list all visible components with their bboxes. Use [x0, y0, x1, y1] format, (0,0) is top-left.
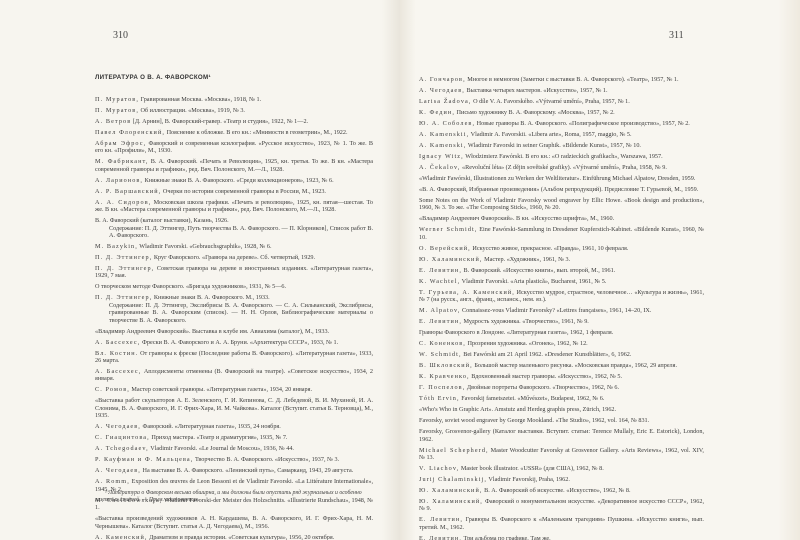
entry-author: V. Liachov, [419, 465, 459, 472]
bibliography-entry: M. Bazykin, Wladimir Favorski. «Gebrauch… [95, 243, 373, 250]
entry-text: O díle V. A. Favorského. «Výtvarné umění… [472, 98, 630, 105]
entry-text: «В. А. Фаворский, Избранные произведения… [419, 186, 698, 193]
bibliography-entry: А. Чегодаев, На выставке В. А. Фаворског… [95, 467, 373, 474]
bibliography-entry: С. Коненков, Прозрения художника. «Огоне… [419, 340, 704, 347]
entry-author: A. Kamenskii, [419, 131, 469, 138]
bibliography-entry: A. Tchegodaev, Vladimir Favorski. «Le Jo… [95, 445, 373, 452]
bibliography-entry: А. Гончаров, Многое в немногом (Заметки … [419, 76, 704, 83]
bibliography-entry: M. Alpatov, Connaissez-vous Vladimir Fav… [419, 307, 704, 314]
entry-text: Vladimir A. Favorskii. «Libera arte», Ro… [469, 131, 631, 138]
entry-text: Выставка четырех мастеров. «Искусство», … [465, 87, 608, 94]
entry-author: П. Д. Эттингер, [95, 294, 152, 301]
entry-text: «Владимир Андреевич Фаворский». В кн. «И… [419, 215, 614, 222]
entry-text: Творчество В. А. Фаворского. «Искусство»… [193, 456, 339, 463]
entry-contents: Содержание: П. Д. Эттингер, Экслибрисы В… [95, 302, 373, 324]
entry-author: A. Čekalov, [419, 164, 460, 171]
entry-text: Искусство живое, прекрасное. «Правда», 1… [471, 245, 629, 252]
bibliography-entry: Е. Левитин, Гравюры В. Фаворского к «Мал… [419, 516, 704, 531]
entry-text: «Выставка работ скульпторов А. Е. Зеленс… [95, 397, 373, 419]
bibliography-entry: В. А. Фаворский (каталог выставки), Каза… [95, 217, 373, 239]
entry-text: Wladimir Favorski in seiner Graphik. «Bi… [466, 142, 641, 149]
entry-author: Ю. Халаминский, [419, 498, 483, 505]
bibliography-entry: Ю. Халаминский, В. А. Фаворский об искус… [419, 487, 704, 494]
entry-text: Книжные знаки В. А. Фаворского. М., 1933… [152, 294, 269, 301]
entry-text: Приход мастера. «Театр и драматургия», 1… [150, 434, 288, 441]
entry-text: Мудрость художника. «Творчество», 1961, … [462, 318, 589, 325]
entry-text: Włodzimierz Fawórski. В его кн.: «O radz… [464, 153, 663, 160]
bibliography-entry: Р. Кауфман и Ф. Мальцева, Творчество В. … [95, 456, 373, 463]
bibliography-entry: С. Гиацинтова, Приход мастера. «Театр и … [95, 434, 373, 441]
entry-text: Вдохновенный мастер гравюры. «Искусство»… [470, 373, 622, 380]
entry-author: П. Д. Эттингер, [95, 254, 152, 261]
bibliography-entry: Larisa Žadova, O díle V. A. Favorského. … [419, 98, 704, 105]
bibliography-entry: Г. Поспелов, Двойные портреты Фаворского… [419, 384, 704, 391]
bibliography-entry: «Wladimir Fawórski, Illustrationen zu We… [419, 175, 704, 182]
bibliography-entry: К. Кравченко, Вдохновенный мастер гравюр… [419, 373, 704, 380]
bibliography-entry: Павел Флоренский, Пояснение к обложке. В… [95, 129, 373, 136]
bibliography-entry: Michael Schepherd, Master Woodcutter Fav… [419, 447, 704, 462]
bibliography-entry: Ignacy Witz, Włodzimierz Fawórski. В его… [419, 153, 704, 160]
entry-text: Книжные знаки В. А. Фаворского. «Среди к… [143, 177, 334, 184]
bibliography-entry: «Выставка произведений художников А. Н. … [95, 515, 373, 530]
entry-author: Tóth Ervin, [419, 395, 460, 402]
entry-text: Vladimir Favorskij, Praha, 1962. [487, 476, 570, 483]
entry-author: А. Чегодаев, [419, 87, 465, 94]
entry-text: [Д. Арнин], В. Фаворский-гравер. «Театр … [131, 118, 308, 125]
entry-author: А. Ветров [95, 118, 131, 125]
entry-text: Три альбома по графике. Там же. [462, 535, 551, 540]
bibliography-entry: С. Ромов, Мастер советской гравюры. «Лит… [95, 386, 373, 393]
entry-author: A. Romm, [95, 478, 130, 485]
entry-text: Vladimir Favorski. «Arta plastică», Buch… [460, 278, 606, 285]
entry-text: «Who's Who in Graphic Art». Amstutz and … [419, 406, 616, 413]
bibliography-entry: А. Ветров [Д. Арнин], В. Фаворский-граве… [95, 118, 373, 125]
entry-text: Гравированная Москва. «Москва», 1918, № … [139, 96, 261, 103]
bibliography-entry: W. Schmidt, Bei Fawórski am 21 April 196… [419, 351, 704, 358]
bibliography-entry: Favorsky, soviet wood engraver by George… [419, 417, 704, 424]
bibliography-entry: «В. А. Фаворский, Избранные произведения… [419, 186, 704, 193]
entry-text: В. А. Фаворский об искусстве. «Искусство… [483, 487, 631, 494]
entry-author: А. Р. Варшавский, [95, 188, 161, 195]
entry-author: A. Tchegodaev, [95, 445, 149, 452]
entry-text: «Revoluční léta» (Z dějin sovětské grafi… [460, 164, 666, 171]
entry-text: Мастер советской гравюры. «Литературная … [130, 386, 312, 393]
entry-author: M. Bazykin, [95, 243, 138, 250]
bibliography-entry: «Выставка работ скульпторов А. Е. Зеленс… [95, 397, 373, 419]
page-number-left: 310 [113, 30, 128, 41]
entry-text: Bei Fawórski am 21 April 1962. «Dresdene… [462, 351, 632, 358]
bibliography-entry: П. Д. Эттингер, Круг Фаворского. «Гравюр… [95, 254, 373, 261]
entry-author: М. Фабрикант, [95, 158, 149, 165]
bibliography-entry: П. Муратов, Об иллюстрации. «Москва», 19… [95, 107, 373, 114]
bibliography-entry: Favorsky, Grosvenor-gallery (Каталог выс… [419, 428, 704, 443]
entry-text: «Выставка произведений художников А. Н. … [95, 515, 373, 529]
entry-author: Michael Schepherd, [419, 447, 489, 454]
bibliography-entry: Ю. Халаминский, Мастер. «Художник», 1961… [419, 256, 704, 263]
entry-text: Some Notes on the Work of Vladimir Favor… [419, 197, 704, 211]
entry-author: С. Гиацинтова, [95, 434, 150, 441]
entry-text: Многое в немногом (Заметки с выставки В.… [466, 76, 679, 83]
entry-author: А. Чегодаев, [95, 423, 141, 430]
entry-author: Ю. Халаминский, [419, 487, 483, 494]
bibliography-entry: Гравюры Фаворского в Лондоне. «Литератур… [419, 329, 704, 336]
entry-author: А. Ларионов, [95, 177, 143, 184]
bibliography-entry: К. Федин, Письмо художнику В. А. Фаворск… [419, 109, 704, 116]
bibliography-entry: Werner Schmidt, Eine Fawórski-Sammlung i… [419, 226, 704, 241]
entry-text: О творческом методе Фаворского. «Бригада… [95, 283, 286, 290]
entry-contents: Содержание: П. Д. Эттингер, Путь творчес… [95, 225, 373, 240]
entry-text: Круг Фаворского. «Гравюра на дереве». Сб… [152, 254, 315, 261]
entry-text: Favorsky, Grosvenor-gallery (Каталог выс… [419, 428, 704, 442]
left-page: 310 ЛИТЕРАТУРА О В. А. ФАВОРСКОМ¹ П. Мур… [0, 0, 400, 540]
entry-author: П. Муратов, [95, 96, 139, 103]
bibliography-entry: Абрам Эфрос, Фаворский и современная кси… [95, 140, 373, 155]
entry-author: A. Kamenski, [419, 142, 466, 149]
entry-text: Connaissez-vous Vladimir Favorsky? «Lett… [460, 307, 651, 314]
bibliography-entry: А. Каменский, Драматизм и правда истории… [95, 534, 373, 540]
entry-text: На выставке В. А. Фаворского. «Ленинский… [141, 467, 353, 474]
bibliography-list-left: П. Муратов, Гравированная Москва. «Москв… [95, 96, 373, 540]
entry-author: Г. Поспелов, [419, 384, 465, 391]
gutter-shadow-left [382, 0, 400, 540]
entry-text: Фаворский. «Литературная газета», 1935, … [141, 423, 281, 430]
bibliography-entry: А. Чегодаев, Выставка четырех мастеров. … [419, 87, 704, 94]
bibliography-entry: Jurij Chalaminskij, Vladimir Favorskij, … [419, 476, 704, 483]
bibliography-entry: Т. Гурьева, А. Каменский, Искусство мудр… [419, 289, 704, 304]
bibliography-entry: П. Муратов, Гравированная Москва. «Москв… [95, 96, 373, 103]
entry-author: А. Бассехес, [95, 368, 141, 375]
entry-author: Е. Левитин, [419, 535, 462, 540]
entry-text: Favorskij fametszetei. «Művészet», Budap… [460, 395, 605, 402]
entry-text: Фрески В. А. Фаворского и А. А. Бруни. «… [140, 339, 338, 346]
entry-text: Vladimir Favorski. «Le Journal de Moscou… [149, 445, 294, 452]
entry-author: К. Кравченко, [419, 373, 470, 380]
entry-author: Т. Гурьева, А. Каменский, [419, 289, 515, 296]
entry-author: Werner Schmidt, [419, 226, 478, 233]
entry-author: О. Верейский, [419, 245, 471, 252]
bibliography-list-right: А. Гончаров, Многое в немногом (Заметки … [419, 76, 704, 540]
entry-author: W. Schmidt, [419, 351, 462, 358]
entry-author: А. Гончаров, [419, 76, 466, 83]
entry-author: K. Wachtel, [419, 278, 460, 285]
entry-text: «Владимир Андреевич Фаворский». Выставка… [95, 328, 329, 335]
bibliography-entry: О творческом методе Фаворского. «Бригада… [95, 283, 373, 290]
page-edge-shadow [778, 0, 800, 540]
entry-text: Пояснение к обложке. В его кн.: «Мнимост… [165, 129, 348, 136]
entry-author: А. Каменский, [95, 534, 148, 540]
entry-author: С. Ромов, [95, 386, 130, 393]
section-heading: ЛИТЕРАТУРА О В. А. ФАВОРСКОМ¹ [95, 74, 211, 81]
entry-author: Ignacy Witz, [419, 153, 464, 160]
entry-author: Jurij Chalaminskij, [419, 476, 487, 483]
bibliography-entry: П. Д. Эттингер, Книжные знаки В. А. Фаво… [95, 294, 373, 324]
bibliography-entry: Tóth Ervin, Favorskij fametszetei. «Művé… [419, 395, 704, 402]
gutter-shadow-right [400, 0, 416, 540]
bibliography-entry: K. Wachtel, Vladimir Favorski. «Arta pla… [419, 278, 704, 285]
entry-text: В. А. Фаворский (каталог выставки), Каза… [95, 217, 229, 224]
bibliography-entry: Some Notes on the Work of Vladimir Favor… [419, 197, 704, 212]
entry-text: Драматизм и правда истории. «Советская к… [148, 534, 335, 540]
entry-text: Прозрения художника. «Огонек», 1962, № 1… [466, 340, 588, 347]
entry-author: Ю. Халаминский, [419, 256, 483, 263]
entry-text: Wladimir Favorski. «Gebrauchsgraphik», 1… [138, 243, 272, 250]
right-page: 311 А. Гончаров, Многое в немногом (Заме… [400, 0, 800, 540]
book-spread: 310 ЛИТЕРАТУРА О В. А. ФАВОРСКОМ¹ П. Мур… [0, 0, 800, 540]
entry-author: Е. Левитин, [419, 516, 463, 523]
bibliography-entry: А. Бассехес, Фрески В. А. Фаворского и А… [95, 339, 373, 346]
entry-author: Р. Кауфман и Ф. Мальцева, [95, 456, 193, 463]
entry-author: А. Бассехес, [95, 339, 140, 346]
footnote: ¹ Литература о Фаворском весьма обширна,… [95, 490, 373, 504]
entry-author: А. А. Сидоров, [95, 199, 151, 206]
entry-author: Павел Флоренский, [95, 129, 165, 136]
entry-author: Larisa Žadova, [419, 98, 472, 105]
entry-text: Новые гравюры В. А. Фаворского. «Полигра… [475, 120, 690, 127]
bibliography-entry: Вл. Костин. От гравюры к фреске (Последн… [95, 350, 373, 365]
bibliography-entry: А. Ларионов, Книжные знаки В. А. Фаворск… [95, 177, 373, 184]
bibliography-entry: A. Čekalov, «Revoluční léta» (Z dějin so… [419, 164, 704, 171]
bibliography-entry: А. Чегодаев, Фаворский. «Литературная га… [95, 423, 373, 430]
entry-author: Абрам Эфрос, [95, 140, 146, 147]
entry-text: Мастер. «Художник», 1961, № 3. [483, 256, 571, 263]
bibliography-entry: A. Kamenskii, Vladimir A. Favorskii. «Li… [419, 131, 704, 138]
entry-author: Е. Левитин, [419, 318, 462, 325]
entry-text: Письмо художнику В. А. Фаворскому. «Моск… [455, 109, 615, 116]
bibliography-entry: Ю. Халаминский, Фаворский о монументальн… [419, 498, 704, 513]
entry-text: Большой мастер маленького рисунка. «Моск… [473, 362, 677, 369]
bibliography-entry: А. Бассехес, Аплодисменты отменены (В. Ф… [95, 368, 373, 383]
page-number-right: 311 [669, 30, 684, 41]
bibliography-entry: В. Шкловский, Большой мастер маленького … [419, 362, 704, 369]
entry-text: «Wladimir Fawórski, Illustrationen zu We… [419, 175, 695, 182]
entry-text: Favorsky, soviet wood engraver by George… [419, 417, 649, 424]
bibliography-entry: О. Верейский, Искусство живое, прекрасно… [419, 245, 704, 252]
bibliography-entry: A. Kamenski, Wladimir Favorski in seiner… [419, 142, 704, 149]
entry-author: К. Федин, [419, 109, 455, 116]
bibliography-entry: V. Liachov, Master book illustrator. «US… [419, 465, 704, 472]
entry-author: П. Муратов, [95, 107, 139, 114]
bibliography-entry: «Владимир Андреевич Фаворский». В кн. «И… [419, 215, 704, 222]
entry-author: В. Шкловский, [419, 362, 473, 369]
entry-text: В. Фаворский. «Искусство книги», вып. вт… [462, 267, 615, 274]
entry-text: Об иллюстрации. «Москва», 1919, № 3. [139, 107, 245, 114]
entry-author: С. Коненков, [419, 340, 466, 347]
bibliography-entry: «Who's Who in Graphic Art». Amstutz and … [419, 406, 704, 413]
bibliography-entry: «Владимир Андреевич Фаворский». Выставка… [95, 328, 373, 335]
entry-text: Гравюры Фаворского в Лондоне. «Литератур… [419, 329, 613, 336]
entry-text: Master book illustrator. «USSR» (для США… [459, 465, 603, 472]
bibliography-entry: Е. Левитин, В. Фаворский. «Искусство кни… [419, 267, 704, 274]
bibliography-entry: А. Р. Варшавский, Очерки по истории совр… [95, 188, 373, 195]
bibliography-entry: П. Д. Эттингер, Советская гравюра на дер… [95, 265, 373, 280]
entry-author: Вл. Костин. [95, 350, 138, 357]
entry-author: M. Alpatov, [419, 307, 460, 314]
bibliography-entry: Е. Левитин, Мудрость художника. «Творчес… [419, 318, 704, 325]
entry-text: Двойные портреты Фаворского. «Творчество… [465, 384, 619, 391]
entry-author: Ю. А. Соболев, [419, 120, 475, 127]
entry-text: Очерки по истории современной гравюры в … [161, 188, 326, 195]
bibliography-entry: Е. Левитин, Три альбома по графике. Там … [419, 535, 704, 540]
bibliography-entry: Ю. А. Соболев, Новые гравюры В. А. Фавор… [419, 120, 704, 127]
entry-author: А. Чегодаев, [95, 467, 141, 474]
entry-author: Е. Левитин, [419, 267, 462, 274]
entry-author: П. Д. Эттингер, [95, 265, 154, 272]
bibliography-entry: А. А. Сидоров, Московская школа графики.… [95, 199, 373, 214]
bibliography-entry: М. Фабрикант, В. А. Фаворский. «Печать и… [95, 158, 373, 173]
